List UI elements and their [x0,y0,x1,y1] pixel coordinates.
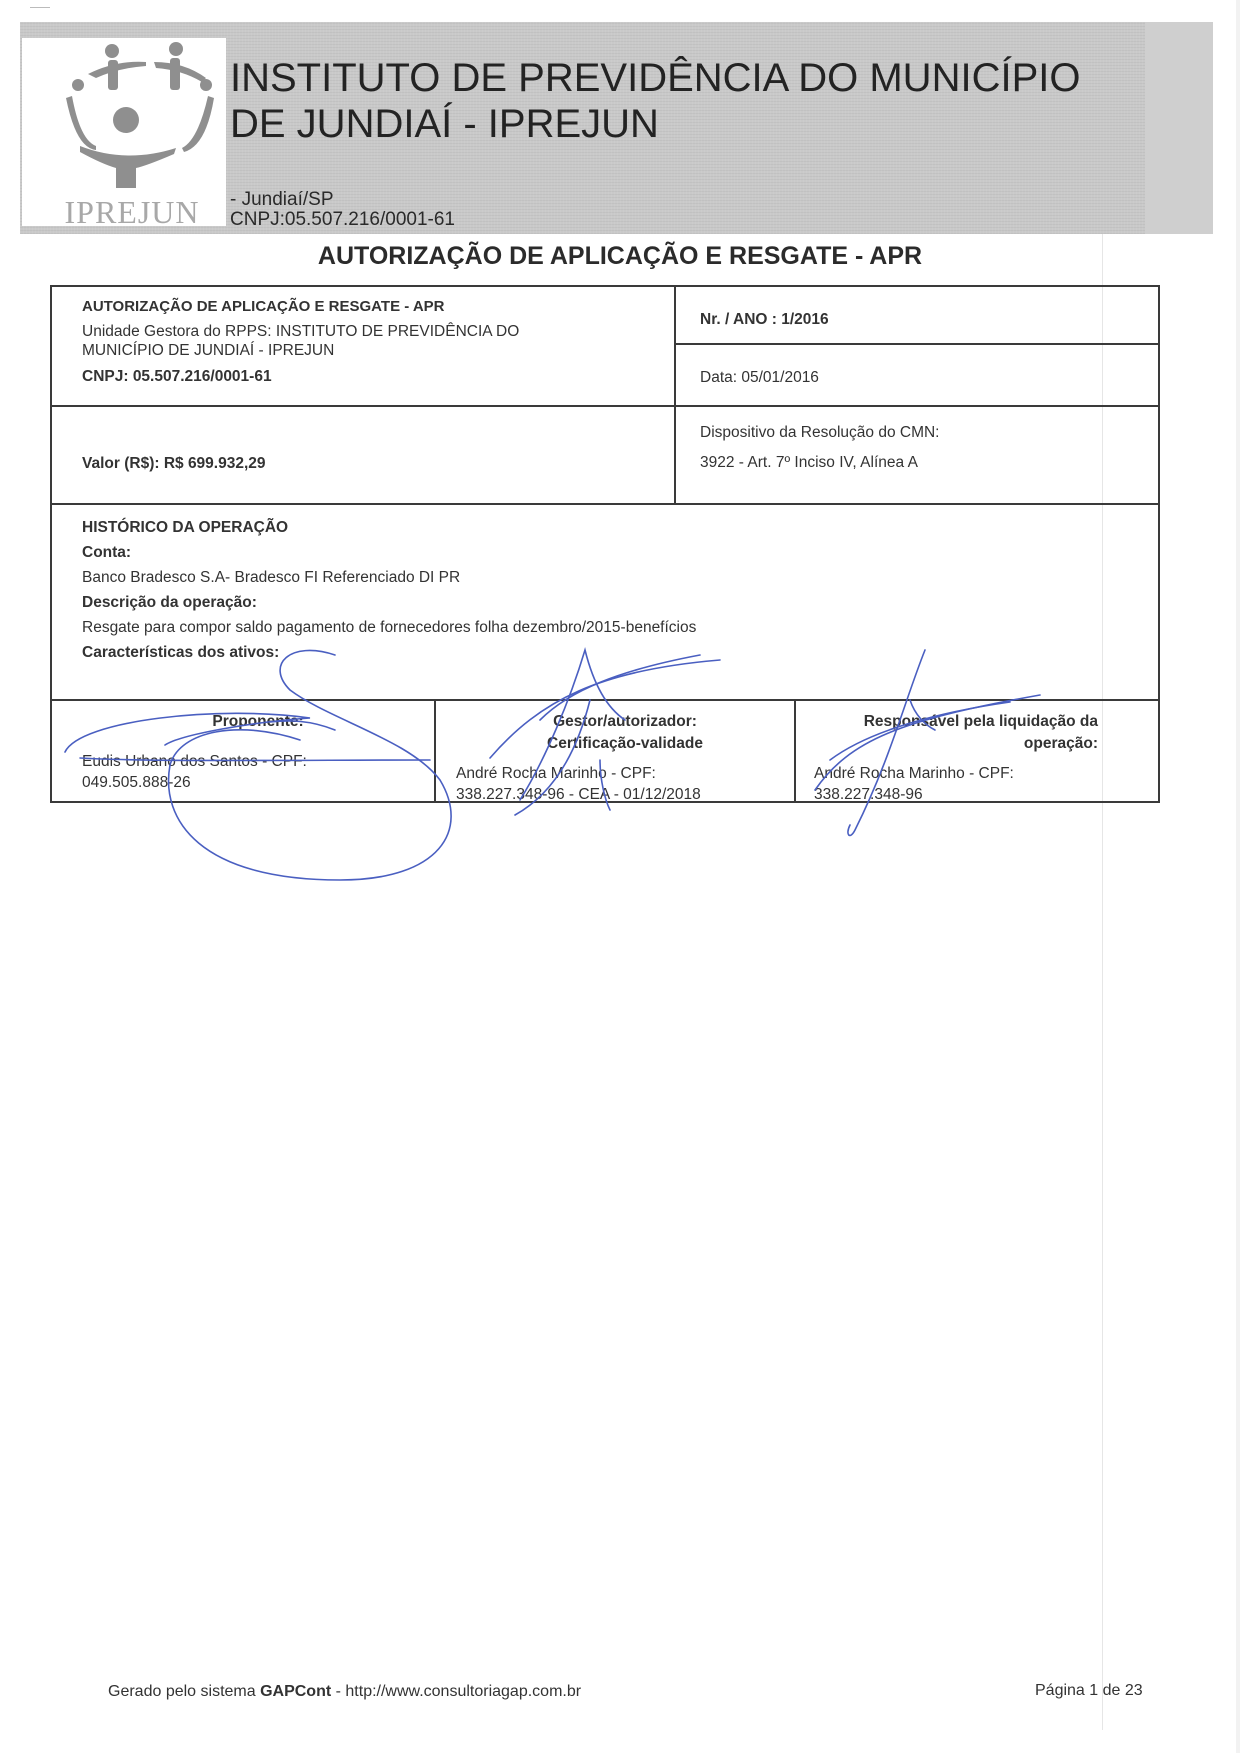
person-line1: Eudis Urbano dos Santos - CPF: [82,751,434,772]
people-circle-icon [36,38,216,198]
footer-url[interactable]: - http://www.consultoriagap.com.br [331,1683,581,1700]
signatory-proponent: Proponente: Eudis Urbano dos Santos - CP… [52,701,436,801]
operation-date: Data: 05/01/2016 [676,345,1158,405]
signatory-role: Proponente: [82,711,434,733]
cmn-device-cell: Dispositivo da Resolução do CMN: 3922 - … [676,407,1158,503]
scan-artifact [30,7,50,8]
role-line1: Responsável pela liquidação da [814,711,1098,733]
institution-cnpj: CNPJ:05.507.216/0001-61 [230,210,455,230]
account-label: Conta: [82,540,1158,565]
role-line2: operação: [814,733,1098,755]
signatory-person: André Rocha Marinho - CPF: 338.227.348-9… [456,763,794,805]
account-value: Banco Bradesco S.A- Bradesco FI Referenc… [82,565,1158,590]
identification-cell: AUTORIZAÇÃO DE APLICAÇÃO E RESGATE - APR… [52,287,676,405]
signatory-manager: Gestor/autorizador: Certificação-validad… [436,701,796,801]
person-line2: 338.227.348-96 [814,784,1158,805]
asset-characteristics-label: Características dos ativos: [82,640,1158,665]
form-row-history: HISTÓRICO DA OPERAÇÃO Conta: Banco Brade… [52,505,1158,701]
form-row-signatories: Proponente: Eudis Urbano dos Santos - CP… [52,701,1158,801]
role-line1: Proponente: [82,711,434,733]
cmn-device-label: Dispositivo da Resolução do CMN: [700,418,1158,448]
footer-prefix: Gerado pelo sistema [108,1683,260,1700]
nr-ano: Nr. / ANO : 1/2016 [676,287,1158,345]
institution-name: INSTITUTO DE PREVIDÊNCIA DO MUNICÍPIO DE… [230,55,1080,147]
person-line2: 049.505.888-26 [82,772,434,793]
signatory-person: André Rocha Marinho - CPF: 338.227.348-9… [814,763,1158,805]
document-title: AUTORIZAÇÃO DE APLICAÇÃO E RESGATE - APR [0,242,1240,271]
footer-system-name: GAPCont [260,1683,331,1700]
form-row-value: Valor (R$): R$ 699.932,29 Dispositivo da… [52,407,1158,505]
signatory-role: Gestor/autorizador: Certificação-validad… [456,711,794,755]
form-row-identification: AUTORIZAÇÃO DE APLICAÇÃO E RESGATE - APR… [52,287,1158,407]
page-number: Página 1 de 23 [1035,1682,1143,1700]
history-title: HISTÓRICO DA OPERAÇÃO [82,515,1158,540]
institution-name-line1: INSTITUTO DE PREVIDÊNCIA DO MUNICÍPIO [230,55,1080,101]
unidade-gestora: Unidade Gestora do RPPS: INSTITUTO DE PR… [82,322,582,360]
form-cnpj: CNPJ: 05.507.216/0001-61 [82,368,674,386]
form-section-title: AUTORIZAÇÃO DE APLICAÇÃO E RESGATE - APR [82,298,674,315]
operation-value: Valor (R$): R$ 699.932,29 [52,407,676,503]
iprejun-logo: IPREJUN [22,38,226,226]
role-line2: Certificação-validade [456,733,794,755]
cmn-device-value: 3922 - Art. 7º Inciso IV, Alínea A [700,448,1158,478]
number-date-column: Nr. / ANO : 1/2016 Data: 05/01/2016 [676,287,1158,405]
signatory-person: Eudis Urbano dos Santos - CPF: 049.505.8… [82,751,434,793]
logo-wordmark: IPREJUN [42,194,222,231]
description-label: Descrição da operação: [82,590,1158,615]
signatory-role: Responsável pela liquidação da operação: [814,711,1158,755]
person-line2: 338.227.348-96 - CEA - 01/12/2018 [456,784,794,805]
apr-form: AUTORIZAÇÃO DE APLICAÇÃO E RESGATE - APR… [50,285,1160,803]
letterhead-shade [1145,22,1213,234]
person-line1: André Rocha Marinho - CPF: [456,763,794,784]
person-line1: André Rocha Marinho - CPF: [814,763,1158,784]
footer-generated-by: Gerado pelo sistema GAPCont - http://www… [108,1683,581,1701]
signatory-liquidation: Responsável pela liquidação da operação:… [796,701,1158,801]
description-value: Resgate para compor saldo pagamento de f… [82,615,1158,640]
institution-city: - Jundiaí/SP [230,190,334,210]
role-line1: Gestor/autorizador: [456,711,794,733]
institution-name-line2: DE JUNDIAÍ - IPREJUN [230,101,1080,147]
